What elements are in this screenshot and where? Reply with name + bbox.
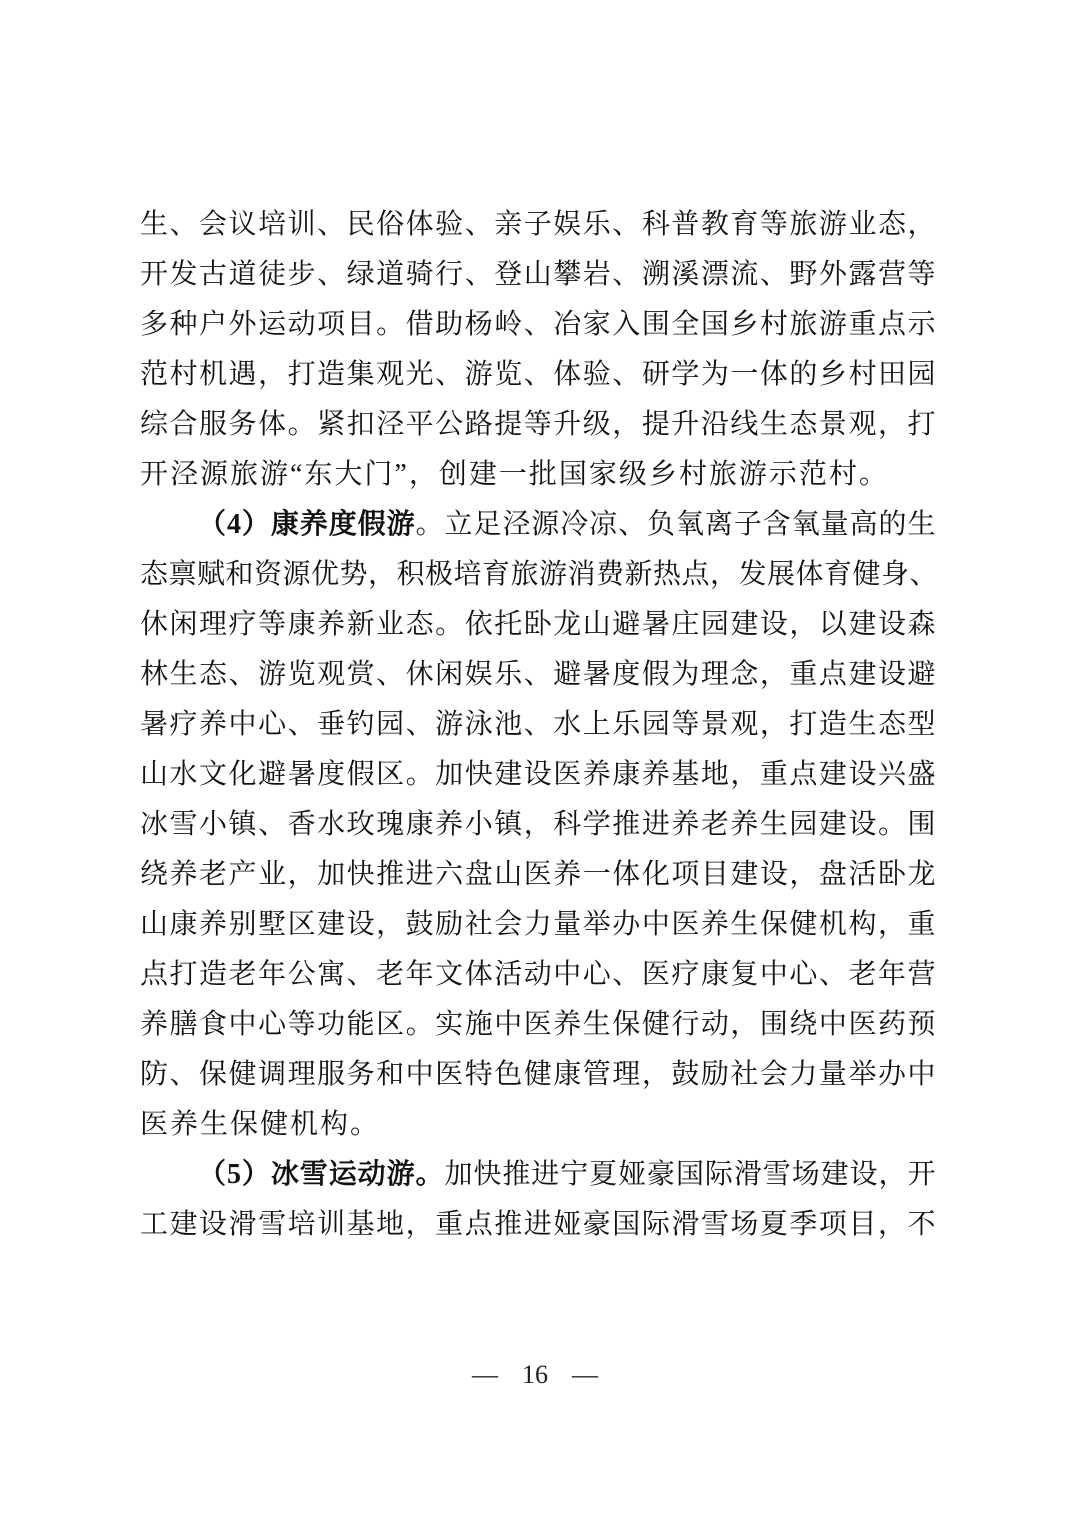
page-number: 16 [522,1360,548,1390]
text-line: 态禀赋和资源优势，积极培育旅游消费新热点，发展体育健身、 [140,550,936,600]
text-segment: 山水文化避暑度假区。加快建设医养康养基地，重点建设兴盛 [140,759,936,790]
document-body: 生、会议培训、民俗体验、亲子娱乐、科普教育等旅游业态，开发古道徒步、绿道骑行、登… [140,200,936,1250]
text-line: 范村机遇，打造集观光、游览、体验、研学为一体的乡村田园 [140,350,936,400]
text-segment: 休闲理疗等康养新业态。依托卧龙山避暑庄园建设，以建设森 [140,609,936,640]
footer-right-dash: — [572,1360,598,1390]
text-line: 生、会议培训、民俗体验、亲子娱乐、科普教育等旅游业态， [140,200,936,250]
text-line: 暑疗养中心、垂钓园、游泳池、水上乐园等景观，打造生态型 [140,700,936,750]
text-line: 点打造老年公寓、老年文体活动中心、医疗康复中心、老年营 [140,950,936,1000]
text-line: 休闲理疗等康养新业态。依托卧龙山避暑庄园建设，以建设森 [140,600,936,650]
paragraph-heading: （5）冰雪运动游。 [198,1159,444,1190]
text-segment: 林生态、游览观赏、休闲娱乐、避暑度假为理念，重点建设避 [140,659,936,690]
text-segment: 绕养老产业，加快推进六盘山医养一体化项目建设，盘活卧龙 [140,859,936,890]
text-line: 开泾源旅游“东大门”，创建一批国家级乡村旅游示范村。 [140,450,936,500]
paragraph-heading: （4）康养度假游 [198,509,416,540]
text-line: 冰雪小镇、香水玫瑰康养小镇，科学推进养老养生园建设。围 [140,800,936,850]
text-segment: 范村机遇，打造集观光、游览、体验、研学为一体的乡村田园 [140,359,936,390]
text-segment: 加快推进宁夏娅豪国际滑雪场建设，开 [444,1159,936,1190]
text-segment: 山康养别墅区建设，鼓励社会力量举办中医养生保健机构，重 [140,909,936,940]
text-line: 防、保健调理服务和中医特色健康管理，鼓励社会力量举办中 [140,1050,936,1100]
text-line: （5）冰雪运动游。加快推进宁夏娅豪国际滑雪场建设，开 [140,1150,936,1200]
text-line: 多种户外运动项目。借助杨岭、冶家入围全国乡村旅游重点示 [140,300,936,350]
text-line: 工建设滑雪培训基地，重点推进娅豪国际滑雪场夏季项目，不 [140,1200,936,1250]
page-footer: — 16 — [0,1360,1070,1390]
text-segment: 冰雪小镇、香水玫瑰康养小镇，科学推进养老养生园建设。围 [140,809,936,840]
text-segment: 暑疗养中心、垂钓园、游泳池、水上乐园等景观，打造生态型 [140,709,936,740]
text-line: 综合服务体。紧扣泾平公路提等升级，提升沿线生态景观，打 [140,400,936,450]
text-segment: 多种户外运动项目。借助杨岭、冶家入围全国乡村旅游重点示 [140,309,936,340]
text-segment: 点打造老年公寓、老年文体活动中心、医疗康复中心、老年营 [140,959,936,990]
text-segment: 。立足泾源冷凉、负氧离子含氧量高的生 [416,509,936,540]
text-segment: 态禀赋和资源优势，积极培育旅游消费新热点，发展体育健身、 [140,559,938,590]
text-line: （4）康养度假游。立足泾源冷凉、负氧离子含氧量高的生 [140,500,936,550]
text-segment: 养膳食中心等功能区。实施中医养生保健行动，围绕中医药预 [140,1009,936,1040]
text-line: 山水文化避暑度假区。加快建设医养康养基地，重点建设兴盛 [140,750,936,800]
text-segment: 工建设滑雪培训基地，重点推进娅豪国际滑雪场夏季项目，不 [140,1209,936,1240]
text-segment: 综合服务体。紧扣泾平公路提等升级，提升沿线生态景观，打 [140,409,936,440]
page: { "document": { "lines": [ {"indent": fa… [0,0,1070,1515]
footer-left-dash: — [472,1360,498,1390]
text-line: 山康养别墅区建设，鼓励社会力量举办中医养生保健机构，重 [140,900,936,950]
text-segment: 防、保健调理服务和中医特色健康管理，鼓励社会力量举办中 [140,1059,936,1090]
text-line: 养膳食中心等功能区。实施中医养生保健行动，围绕中医药预 [140,1000,936,1050]
text-segment: 开发古道徒步、绿道骑行、登山攀岩、溯溪漂流、野外露营等 [140,259,936,290]
text-line: 医养生保健机构。 [140,1100,936,1150]
text-line: 林生态、游览观赏、休闲娱乐、避暑度假为理念，重点建设避 [140,650,936,700]
text-segment: 医养生保健机构。 [140,1109,380,1140]
text-line: 开发古道徒步、绿道骑行、登山攀岩、溯溪漂流、野外露营等 [140,250,936,300]
text-line: 绕养老产业，加快推进六盘山医养一体化项目建设，盘活卧龙 [140,850,936,900]
text-segment: 生、会议培训、民俗体验、亲子娱乐、科普教育等旅游业态， [140,209,936,240]
text-segment: 开泾源旅游“东大门”，创建一批国家级乡村旅游示范村。 [140,459,889,490]
